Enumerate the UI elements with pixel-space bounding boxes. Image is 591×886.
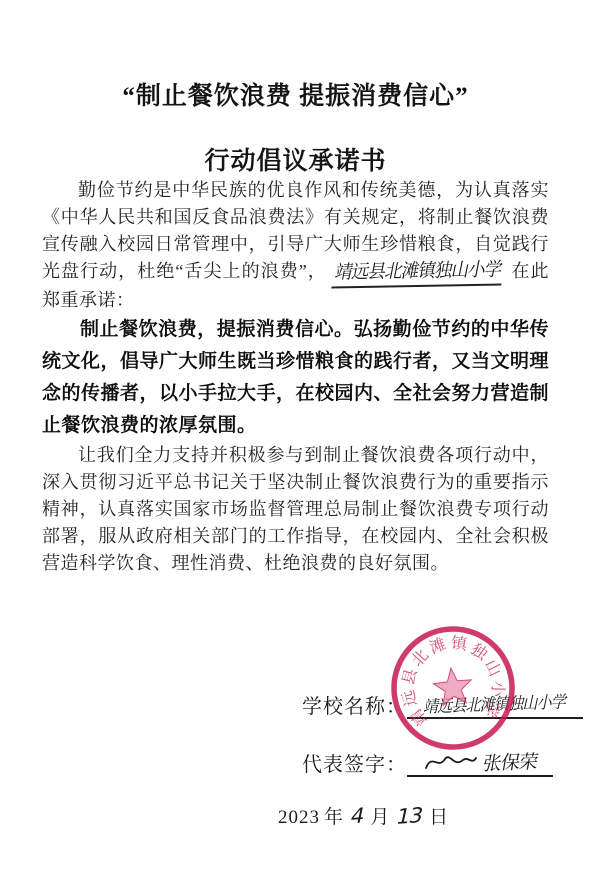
document-title-line2: 行动倡议承诺书 [42, 141, 549, 177]
date-month-unit: 月 [370, 807, 390, 828]
svg-text:县: 县 [399, 667, 420, 687]
handwritten-day: 13 [395, 803, 425, 829]
svg-text:小: 小 [488, 681, 506, 698]
pledge-document: “制止餐饮浪费 提振消费信心” 行动倡议承诺书 勤俭节约是中华民族的优良作风和传… [0, 0, 591, 886]
handwritten-month: 4 [348, 804, 366, 829]
date-line: 2023年4月13日 [278, 802, 453, 829]
svg-text:山: 山 [481, 657, 504, 679]
svg-text:镇: 镇 [450, 633, 469, 654]
svg-text:滩: 滩 [427, 635, 448, 657]
svg-text:远: 远 [399, 688, 420, 708]
handwritten-school-name-inline: 靖远县北滩镇独山小学 [331, 257, 507, 289]
date-year-unit: 年 [324, 807, 344, 828]
paragraph-action: 让我们全力支持并积极参与到制止餐饮浪费各项行动中，深入贯彻习近平总书记关于坚决制… [42, 442, 549, 577]
official-stamp: 靖远县北滩镇独山小学 [380, 615, 525, 760]
stamp-star-icon [432, 666, 474, 706]
document-title-line1: “制止餐饮浪费 提振消费信心” [42, 0, 549, 112]
paragraph-intro: 勤俭节约是中华民族的优良作风和传统美德，为认真落实《中华人民共和国反食品浪费法》… [42, 177, 549, 314]
date-day-unit: 日 [429, 807, 449, 828]
date-year: 2023 [278, 807, 320, 828]
paragraph-pledge: 制止餐饮浪费，提振消费信心。弘扬勤俭节约的中华传统文化，倡导广大师生既当珍惜粮食… [42, 314, 549, 442]
representative-signature-label: 代表签字： [302, 754, 407, 776]
svg-text:学: 学 [480, 698, 504, 721]
handwritten-representative-name: 张保荣 [480, 749, 539, 777]
